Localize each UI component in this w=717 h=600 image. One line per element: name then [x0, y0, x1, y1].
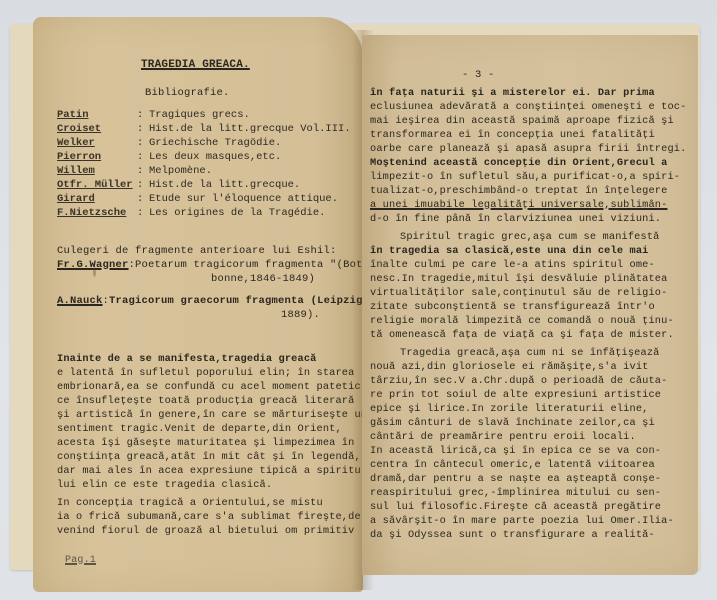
bib-work: Griechische Tragödie.	[149, 137, 281, 149]
bib-work: Hist.de la litt.grecque Vol.III.	[149, 123, 351, 135]
body-line: transformarea ei în concepția unei fatal…	[370, 129, 655, 141]
body-line: în tragedia sa clasică,este una din cele…	[370, 245, 648, 257]
body-line: Spiritul tragic grec,aşa cum se manifest…	[400, 231, 660, 243]
body-line-underlined: a unei imuabile legalități universale,su…	[370, 199, 667, 211]
ink-stain	[93, 267, 96, 277]
fragment-work: Poetarum tragicorum fragmenta "(Boti	[135, 259, 369, 271]
body-line: da şi Odyssea sunt o transfigurare a rea…	[370, 529, 655, 541]
body-line: e latentă în sufletul poporului elin; în…	[57, 367, 354, 379]
body-line: tualizat-o,preschimbând-o treptat în înț…	[370, 185, 667, 197]
body-line: dramă,dar pentru a se naşte ea aşteaptă …	[370, 473, 661, 485]
body-line: conştiința greacă,atât în mit cât şi în …	[57, 451, 361, 463]
body-line: embrionară,ea se confundă cu acel moment…	[57, 381, 361, 393]
body-line: lui elin ce este tragedia clasică.	[57, 479, 272, 491]
body-line: târziu,în sec.V a.Chr.după o perioadă de…	[370, 375, 667, 387]
body-line: centra în cântecul omeric,e latentă viit…	[370, 459, 655, 471]
body-line: d-o în fine până în clarviziunea unei vi…	[370, 213, 661, 225]
fragments-heading: Culegeri de fragmente anterioare lui Esh…	[57, 245, 337, 257]
body-line: ce însuflețește toată producția greacă l…	[57, 395, 354, 407]
bib-author: Croiset	[57, 123, 137, 135]
body-line: ia o frică subumană,care s'a sublimat fi…	[57, 511, 361, 523]
bib-author: Girard	[57, 193, 137, 205]
bibliography-entry: Willem:Melpomène.	[57, 165, 212, 177]
typewritten-booklet: TRAGEDIA GREACA. Bibliografie. Patin:Tra…	[0, 0, 717, 600]
body-line: în fața naturii şi a misterelor ei. Dar …	[370, 87, 655, 99]
bibliography-heading: Bibliografie.	[145, 87, 230, 99]
bibliography-entry: Croiset:Hist.de la litt.grecque Vol.III.	[57, 123, 351, 135]
bibliography-entry: Welker:Griechische Tragödie.	[57, 137, 281, 149]
right-page: - 3 - în fața naturii şi a misterelor ei…	[362, 35, 698, 575]
bib-author: Patin	[57, 109, 137, 121]
bib-author: F.Nietzsche	[57, 207, 137, 219]
body-line: tă omenească fața de viață ca şi fața de…	[370, 329, 674, 341]
body-line: venind fiorul de groază al bietului om p…	[57, 525, 354, 537]
body-line: a săvârşit-o în mare parte poezia lui Om…	[370, 515, 674, 527]
bib-work: Melpomène.	[149, 165, 212, 177]
bib-author: Pierron	[57, 151, 137, 163]
fragment-entry: Fr.G.Wagner:Poetarum tragicorum fragment…	[57, 259, 369, 271]
body-line: găsim cânturi de slavă închinate zeilor,…	[370, 417, 655, 429]
bibliography-entry: F.Nietzsche:Les origines de la Tragédie.	[57, 207, 325, 219]
fragment-author: A.Nauck	[57, 295, 103, 307]
bib-author: Otfr. Müller	[57, 179, 137, 191]
bib-work: Tragiques grecs.	[149, 109, 250, 121]
body-line: re prin tot soiul de alte expresiuni art…	[370, 389, 661, 401]
body-line: Tragedia greacă,aşa cum ni se înfățişeaz…	[400, 347, 660, 359]
page-footer: Pag.1	[65, 555, 96, 566]
body-line: mai ieşirea din această spaimă aproape f…	[370, 115, 674, 127]
body-line: zitate subconştientă se transfigurează î…	[370, 301, 655, 313]
body-line: dar mai ales în acea expresiune tipică a…	[57, 465, 367, 477]
body-line: epice şi lirice.In zorile literaturii el…	[370, 403, 648, 415]
body-line: sentiment tragic.Venit de departe,din Or…	[57, 423, 342, 435]
bib-work: Les deux masques,etc.	[149, 151, 281, 163]
fragment-work: Tragicorum graecorum fragmenta (Leipzig,	[109, 295, 369, 307]
bib-work: Etude sur l'éloquence attique.	[149, 193, 338, 205]
fragment-entry-continuation: bonne,1846-1849)	[211, 273, 315, 285]
body-line: acesta îşi găseşte maturitatea şi limpez…	[57, 437, 354, 449]
fragment-entry: A.Nauck:Tragicorum graecorum fragmenta (…	[57, 295, 369, 307]
bib-work: Les origines de la Tragédie.	[149, 207, 325, 219]
bibliography-entry: Otfr. Müller:Hist.de la litt.grecque.	[57, 179, 300, 191]
body-line: religie morală limpezită ce comandă o no…	[370, 315, 674, 327]
body-line: cântări de preamărire pentru eroii local…	[370, 431, 636, 443]
body-line: oarbe care planează şi apasă asupra firi…	[370, 143, 686, 155]
body-line: nouă azi,din gloriosele ei rămăşițe,s'a …	[370, 361, 648, 373]
bibliography-entry: Girard:Etude sur l'éloquence attique.	[57, 193, 338, 205]
body-line: şi artistică în genere,în care se mărtur…	[57, 409, 367, 421]
body-line: Inainte de a se manifesta,tragedia greac…	[57, 353, 317, 365]
body-line: reaspiritului grec,-împlinirea mitului c…	[370, 487, 661, 499]
body-line: In concepția tragică a Orientului,se mis…	[57, 497, 323, 509]
body-line: sul lui filosofic.Fireşte că această pre…	[370, 501, 661, 513]
body-line: Moştenind această concepție din Orient,G…	[370, 157, 667, 169]
body-line: In această lirică,ca şi în epica ce se v…	[370, 445, 661, 457]
bibliography-entry: Pierron:Les deux masques,etc.	[57, 151, 281, 163]
body-line: eclusiunea adevărată a conştiinței omene…	[370, 101, 686, 113]
bib-work: Hist.de la litt.grecque.	[149, 179, 300, 191]
bib-author: Willem	[57, 165, 137, 177]
page-number: - 3 -	[462, 69, 495, 81]
body-line: înalte culmi pe care le-a atins spiritul…	[370, 259, 655, 271]
body-line: virtualităților sale,conținutul său de r…	[370, 287, 667, 299]
left-page: TRAGEDIA GREACA. Bibliografie. Patin:Tra…	[33, 17, 363, 592]
fragment-entry-continuation: 1889).	[281, 309, 320, 321]
bib-author: Welker	[57, 137, 137, 149]
document-title: TRAGEDIA GREACA.	[141, 59, 250, 71]
body-line: limpezit-o în sufletul său,a purificat-o…	[370, 171, 680, 183]
body-line: nesc.In tragedie,mitul îşi desvăluie pli…	[370, 273, 667, 285]
bibliography-entry: Patin:Tragiques grecs.	[57, 109, 250, 121]
